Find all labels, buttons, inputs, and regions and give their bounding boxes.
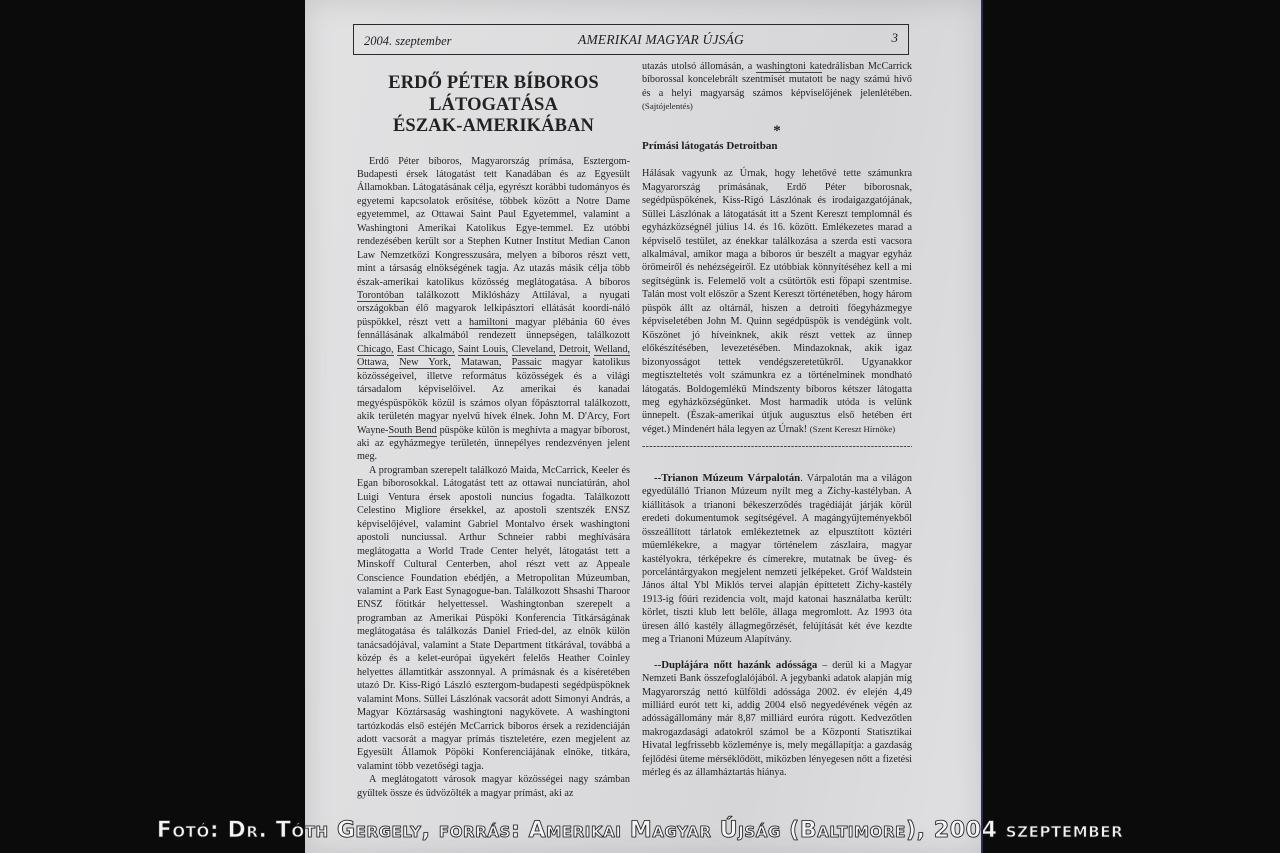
city: East Chicago, — [397, 344, 455, 356]
headline-line: LÁTOGATÁSA — [357, 95, 630, 117]
underlined-place: Torontóban — [357, 290, 404, 302]
right-column: utazás utolsó állomásán, a washingtoni k… — [642, 60, 912, 780]
publication-name: AMERIKAI MAGYAR ÚJSÁG — [354, 32, 908, 48]
dashed-divider: ----------------------------------------… — [642, 440, 912, 453]
city: Detroit, — [559, 344, 590, 356]
detroit-article-title: Prímási látogatás Detroitban — [642, 140, 912, 153]
underlined-place: washingtoni kat — [756, 61, 822, 73]
newspaper-page: 2004. szeptember AMERIKAI MAGYAR ÚJSÁG 3… — [305, 0, 983, 853]
article-paragraph: Erdő Péter bíboros, Magyarország prímása… — [357, 155, 630, 464]
city: Welland, — [594, 344, 630, 356]
left-column: ERDŐ PÉTER BÍBOROS LÁTOGATÁSA ÉSZAK-AMER… — [357, 73, 630, 800]
article-source: (Szent Kereszt Hírnöke) — [810, 424, 896, 434]
headline-line: ÉSZAK-AMERIKÁBAN — [357, 116, 630, 138]
article-continuation: utazás utolsó állomásán, a washingtoni k… — [642, 60, 912, 114]
detroit-article-body: Hálásak vagyunk az Úrnak, hogy lehetővé … — [642, 167, 912, 436]
masthead: 2004. szeptember AMERIKAI MAGYAR ÚJSÁG 3 — [353, 24, 909, 55]
news-title: --Duplájára nőtt hazánk adóssága — [654, 659, 817, 671]
headline-line: ERDŐ PÉTER BÍBOROS — [357, 73, 630, 95]
article-headline: ERDŐ PÉTER BÍBOROS LÁTOGATÁSA ÉSZAK-AMER… — [357, 73, 630, 138]
article-paragraph: A programban szerepelt találkozó Maida, … — [357, 464, 630, 773]
underlined-place: hamiltoni — [469, 317, 515, 329]
city: Ottawa, — [357, 357, 389, 369]
city: Saint Louis, — [458, 344, 508, 356]
city: Matawan, — [461, 357, 501, 369]
news-title: --Trianon Múzeum Várpalotán — [654, 472, 800, 484]
news-item-debt: --Duplájára nőtt hazánk adóssága – derül… — [642, 659, 912, 780]
section-separator-star: * — [642, 124, 912, 138]
page-number: 3 — [892, 30, 899, 46]
article-paragraph: A meglátogatott városok magyar közössége… — [357, 773, 630, 800]
photo-credit-caption: Fotó: Dr. Tóth Gergely, forrás: Amerikai… — [0, 818, 1280, 843]
article-source: (Sajtójelentés) — [642, 101, 693, 111]
news-item-trianon: --Trianon Múzeum Várpalotán. Várpalotán … — [642, 472, 912, 647]
underlined-place: South Bend — [388, 425, 436, 437]
city: Cleveland, — [512, 344, 556, 356]
city: Passaic — [512, 357, 542, 369]
city: Chicago, — [357, 344, 394, 356]
city: New York, — [399, 357, 451, 369]
